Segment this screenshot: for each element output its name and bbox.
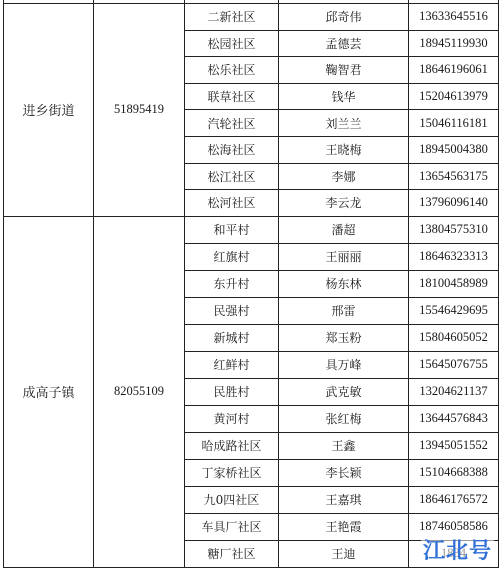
person-cell: 邢雷 bbox=[279, 297, 409, 324]
mobile-cell: 13654563175 bbox=[409, 163, 499, 190]
unit-cell: 新城村 bbox=[185, 324, 279, 351]
watermark-logo: 江北号 bbox=[421, 540, 494, 564]
group-name-cell: 进乡街道 bbox=[4, 4, 94, 217]
person-cell: 王艳霞 bbox=[279, 513, 409, 540]
unit-cell: 糖厂社区 bbox=[185, 540, 279, 567]
unit-cell: 民胜村 bbox=[185, 378, 279, 405]
person-cell: 张红梅 bbox=[279, 405, 409, 432]
unit-cell: 东升村 bbox=[185, 270, 279, 297]
unit-cell: 松江社区 bbox=[185, 163, 279, 190]
mobile-cell: 13796096140 bbox=[409, 190, 499, 217]
group-name-cell: 成高子镇 bbox=[4, 216, 94, 567]
person-cell: 鞠智君 bbox=[279, 57, 409, 84]
person-cell: 王丽丽 bbox=[279, 243, 409, 270]
mobile-cell: 15804605052 bbox=[409, 324, 499, 351]
mobile-cell: 18746058586 bbox=[409, 513, 499, 540]
mobile-cell: 13204621137 bbox=[409, 378, 499, 405]
person-cell: 李云龙 bbox=[279, 190, 409, 217]
person-cell: 钱华 bbox=[279, 83, 409, 110]
group-phone-cell: 51895419 bbox=[94, 4, 185, 217]
mobile-cell: 18945119930 bbox=[409, 30, 499, 57]
person-cell: 郑玉粉 bbox=[279, 324, 409, 351]
mobile-cell: 13945051552 bbox=[409, 432, 499, 459]
unit-cell: 哈成路社区 bbox=[185, 432, 279, 459]
contact-table-container: 进乡街道51895419二新社区邱奇伟13633645516松园社区孟德芸189… bbox=[3, 0, 498, 568]
person-cell: 武克敏 bbox=[279, 378, 409, 405]
mobile-cell: 18646196061 bbox=[409, 57, 499, 84]
unit-cell: 黄河村 bbox=[185, 405, 279, 432]
unit-cell: 和平村 bbox=[185, 216, 279, 243]
unit-cell: 红鲜村 bbox=[185, 351, 279, 378]
contact-table: 进乡街道51895419二新社区邱奇伟13633645516松园社区孟德芸189… bbox=[3, 0, 499, 568]
unit-cell: 松海社区 bbox=[185, 136, 279, 163]
unit-cell: 汽轮社区 bbox=[185, 110, 279, 137]
person-cell: 孟德芸 bbox=[279, 30, 409, 57]
mobile-cell: 15546429695 bbox=[409, 297, 499, 324]
unit-cell: 松园社区 bbox=[185, 30, 279, 57]
person-cell: 潘超 bbox=[279, 216, 409, 243]
person-cell: 李娜 bbox=[279, 163, 409, 190]
group-phone-cell: 82055109 bbox=[94, 216, 185, 567]
unit-cell: 二新社区 bbox=[185, 4, 279, 31]
unit-cell: 红旗村 bbox=[185, 243, 279, 270]
mobile-cell: 13644576843 bbox=[409, 405, 499, 432]
person-cell: 王鑫 bbox=[279, 432, 409, 459]
unit-cell: 民强村 bbox=[185, 297, 279, 324]
mobile-cell: 18646323313 bbox=[409, 243, 499, 270]
mobile-cell: 18646176572 bbox=[409, 486, 499, 513]
person-cell: 王晓梅 bbox=[279, 136, 409, 163]
person-cell: 刘兰兰 bbox=[279, 110, 409, 137]
unit-cell: 丁家桥社区 bbox=[185, 459, 279, 486]
person-cell: 李长颖 bbox=[279, 459, 409, 486]
mobile-cell: 13804575310 bbox=[409, 216, 499, 243]
unit-cell: 车具厂社区 bbox=[185, 513, 279, 540]
person-cell: 邱奇伟 bbox=[279, 4, 409, 31]
person-cell: 王迪 bbox=[279, 540, 409, 567]
mobile-cell: 15046116181 bbox=[409, 110, 499, 137]
mobile-cell: 18100458989 bbox=[409, 270, 499, 297]
person-cell: 具万峰 bbox=[279, 351, 409, 378]
table-row: 进乡街道51895419二新社区邱奇伟13633645516 bbox=[4, 4, 499, 31]
mobile-cell: 13633645516 bbox=[409, 4, 499, 31]
mobile-cell: 15204613979 bbox=[409, 83, 499, 110]
person-cell: 王嘉琪 bbox=[279, 486, 409, 513]
unit-cell: 九0四社区 bbox=[185, 486, 279, 513]
mobile-cell: 18945004380 bbox=[409, 136, 499, 163]
mobile-cell: 15645076755 bbox=[409, 351, 499, 378]
person-cell: 杨东林 bbox=[279, 270, 409, 297]
mobile-cell: 15104668388 bbox=[409, 459, 499, 486]
unit-cell: 联草社区 bbox=[185, 83, 279, 110]
table-row: 成高子镇82055109和平村潘超13804575310 bbox=[4, 216, 499, 243]
unit-cell: 松河社区 bbox=[185, 190, 279, 217]
unit-cell: 松乐社区 bbox=[185, 57, 279, 84]
